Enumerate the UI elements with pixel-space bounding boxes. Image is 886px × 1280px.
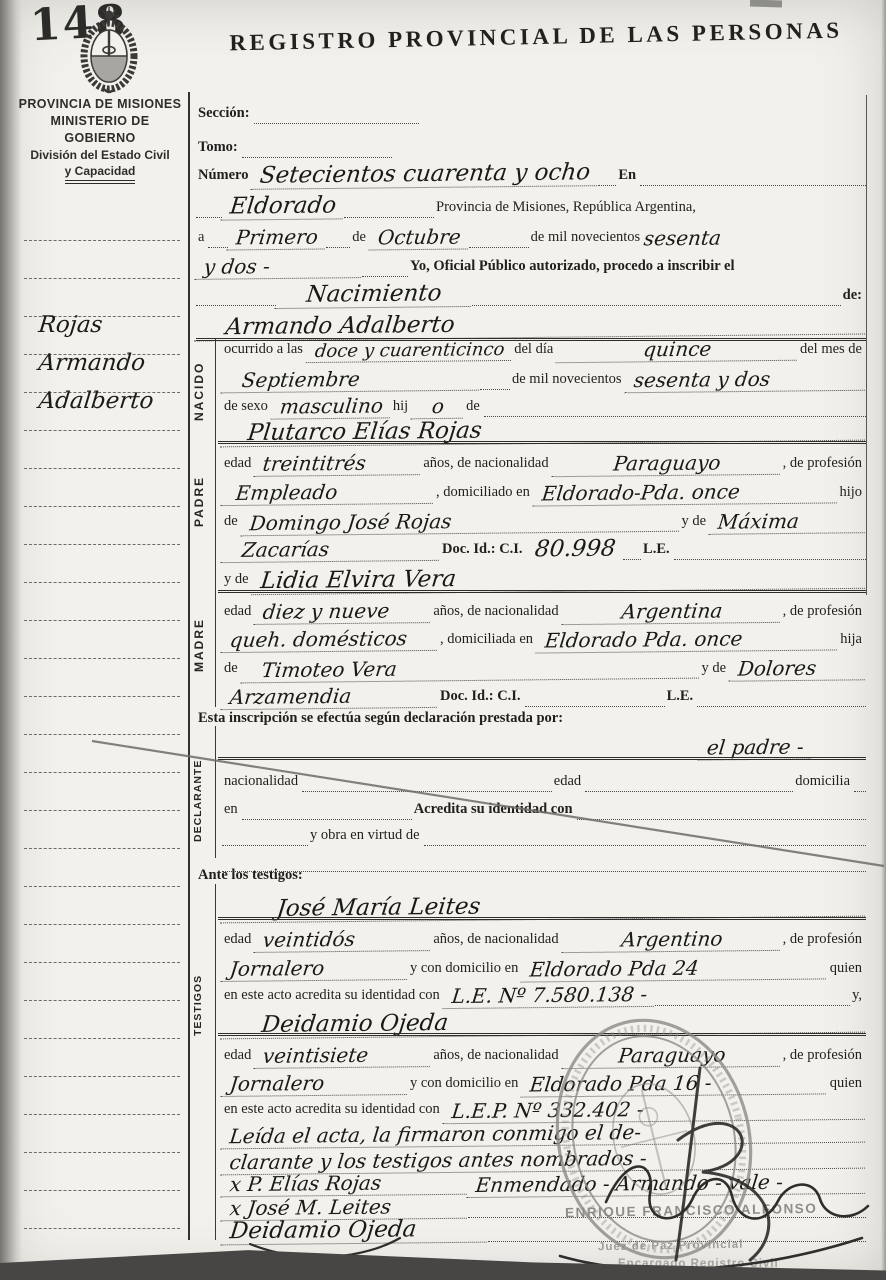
seccion-label: Sección: <box>196 105 254 124</box>
letterhead-line-4: y Capacidad <box>16 163 184 184</box>
field-place: Eldorado Provincia de Misiones, Repúblic… <box>196 186 866 218</box>
letterhead-line-1: PROVINCIA DE MISIONES <box>16 96 184 113</box>
field-declarant: el padre - <box>222 728 866 758</box>
section-bracket-madre <box>215 560 216 707</box>
madre-domicilio-label: , domiciliada en <box>438 631 537 650</box>
section-label-declarante: DECLARANTE <box>192 742 214 860</box>
padre-nacionalidad-label: años, de nacionalidad <box>421 455 552 474</box>
madre-hija-label: hija <box>838 631 866 650</box>
witnesses-intro: Ante los testigos: <box>196 860 866 886</box>
scanned-certificate-page: 148 PROVINCIA DE MISIONES MI <box>0 0 886 1280</box>
mil-label: de mil novecientos <box>529 229 645 248</box>
section-bracket-testigos <box>215 884 216 1240</box>
letterhead-line-2: MINISTERIO DE GOBIERNO <box>16 113 184 147</box>
a-label: a <box>196 229 208 248</box>
margin-firstname: Armando <box>36 350 180 388</box>
field-mother-name: y de Lidia Elvira Vera <box>222 558 866 590</box>
field-father-age-nationality: edad treintitrés años, de nacionalidad P… <box>222 444 866 474</box>
margin-surname: Rojas <box>36 312 180 350</box>
de-label: de <box>350 229 370 248</box>
notary-seal-icon <box>528 1008 780 1270</box>
padre-hijo-label: hijo <box>837 484 866 503</box>
field-birth-month-year: Septiembre de mil novecientos sesenta y … <box>222 358 866 390</box>
field-witness1-profession-domicile: Jornalero y con domicilio en Eldorado Pd… <box>222 949 866 979</box>
field-witness1-name: José María Leites <box>222 884 866 918</box>
book-binding-edge <box>0 0 22 1280</box>
field-mother-profession-domicile: queh. domésticos , domiciliada en Eldora… <box>222 620 866 650</box>
section-bracket-padre <box>215 441 216 560</box>
field-father-doc: Zacarías Doc. Id.: C.I. 80.998 L.E. <box>222 530 866 560</box>
testigo1-profesion-label: , de profesión <box>781 931 866 950</box>
coat-of-arms-icon <box>74 6 144 98</box>
form-left-border <box>188 92 190 1240</box>
letterhead-line-3: División del Estado Civil <box>16 147 184 163</box>
margin-entry-name: Rojas Armando Adalberto <box>38 312 178 426</box>
margin-middlename: Adalberto <box>36 388 180 426</box>
section-bracket-nacido <box>215 338 216 442</box>
letterhead: PROVINCIA DE MISIONES MINISTERIO DE GOBI… <box>16 96 184 184</box>
section-label-padre: PADRE <box>192 455 214 547</box>
field-father-name: Plutarco Elías Rojas <box>222 410 866 442</box>
field-date: a Primero de Octubre de mil novecientos … <box>196 216 872 248</box>
section-bracket-declarante <box>215 726 216 858</box>
field-witness1-age-nationality: edad veintidós años, de nacionalidad Arg… <box>222 920 866 950</box>
padre-edad-label: edad <box>222 455 255 474</box>
document-title: REGISTRO PROVINCIAL DE LAS PERSONAS <box>206 17 866 57</box>
section-label-madre: MADRE <box>192 595 214 695</box>
padre-profesion-label: , de profesión <box>781 455 866 474</box>
section-label-testigos: TESTIGOS <box>192 945 214 1065</box>
testigo1-edad-label: edad <box>222 931 255 950</box>
field-mother-parents: de Timoteo Vera y de Dolores <box>222 649 866 679</box>
field-birth-time: ocurrido a las doce y cuarenticinco del … <box>222 330 866 360</box>
scan-corner-mark <box>750 0 782 8</box>
numero-label: Número <box>196 167 252 186</box>
dotted-fill <box>254 121 419 124</box>
section-divider <box>218 757 866 760</box>
declaration-intro-text: Esta inscripción se efectúa según declar… <box>196 710 567 729</box>
section-label-nacido: NACIDO <box>192 345 214 437</box>
field-declarant-nationality: nacionalidad edad domicilia <box>222 762 866 792</box>
field-numero: Número Setecientos cuarenta y ocho En <box>196 150 866 186</box>
witness2-signature: Deidamio Ojeda <box>220 1216 489 1246</box>
field-father-parents: de Domingo José Rojas y de Máxima <box>222 502 866 532</box>
declaration-intro: Esta inscripción se efectúa según declar… <box>196 703 866 729</box>
field-year-cont: y dos - Yo, Oficial Público autorizado, … <box>196 247 866 277</box>
field-father-profession-domicile: Empleado , domiciliado en Eldorado-Pda. … <box>222 473 866 503</box>
testigo1-nacionalidad-label: años, de nacionalidad <box>431 931 562 950</box>
padre-domicilio-label: , domiciliado en <box>434 484 534 503</box>
field-seccion: Sección: <box>196 94 866 124</box>
en-label: En <box>616 167 640 186</box>
scan-right-edge <box>881 0 886 1280</box>
madre-y-de-label: y de <box>222 571 253 590</box>
field-mother-age-nationality: edad diez y nueve años, de nacionalidad … <box>222 592 866 622</box>
